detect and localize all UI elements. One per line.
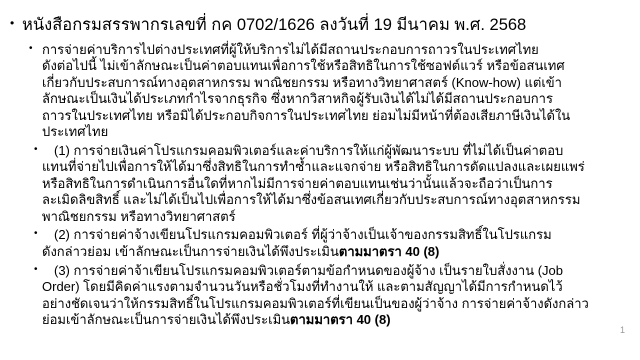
item-1-paragraph: • (1) การจ่ายเงินค่าโปรแกรมคอมพิวเตอร์แล… bbox=[0, 143, 640, 225]
statute-reference: ตามมาตรา 40 (8) bbox=[290, 312, 390, 327]
item-2-paragraph: • (2) การจ่ายค่าจ้างเขียนโปรแกรมคอมพิวเต… bbox=[0, 227, 640, 260]
text-line: อย่างชัดเจนว่าให้กรรมสิทธิ์ในโปรแกรมคอมพ… bbox=[42, 296, 640, 312]
bullet-icon: • bbox=[29, 44, 33, 54]
item-3-paragraph: • (3) การจ่ายค่าจ้าเขียนโปรแกรมคอมพิวเตอ… bbox=[0, 263, 640, 329]
page-title: หนังสือกรมสรรพากรเลขที่ กค 0702/1626 ลงว… bbox=[22, 14, 632, 36]
text-line: ลักษณะเป็นเงินได้ประเภทกำไรจากธุรกิจ ซึ่… bbox=[42, 91, 640, 107]
text-line: ถาวรในประเทศไทย หรือมิได้ประกอบกิจการในป… bbox=[42, 108, 640, 124]
text-line: ดังต่อไปนี้ ไม่เข้าลักษณะเป็นค่าตอบแทนเพ… bbox=[42, 58, 640, 74]
text-line: (1) การจ่ายเงินค่าโปรแกรมคอมพิวเตอร์และค… bbox=[42, 143, 640, 159]
page-number: 1 bbox=[620, 324, 625, 336]
text-line: Order) โดยมีคิดค่าแรงตามจำนวนวันหรือชั่ว… bbox=[42, 279, 640, 295]
intro-paragraph: • การจ่ายค่าบริการไปต่างประเทศที่ผู้ให้บ… bbox=[0, 42, 640, 140]
text-line: ละเมิดลิขสิทธิ์ และไม่ได้เป็นไปเพื่อการใ… bbox=[42, 192, 640, 208]
text-line: (3) การจ่ายค่าจ้าเขียนโปรแกรมคอมพิวเตอร์… bbox=[42, 263, 640, 279]
text-segment: ดังกล่าวย่อม เข้าลักษณะเป็นการจ่ายเงินได… bbox=[42, 244, 339, 259]
text-line: แทนที่จ่ายไปเพื่อการให้ได้มาซึ่งสิทธิในก… bbox=[42, 159, 640, 175]
slide: • หนังสือกรมสรรพากรเลขที่ กค 0702/1626 ล… bbox=[0, 0, 640, 360]
text-line: พาณิชยกรรม หรือทางวิทยาศาสตร์ bbox=[42, 209, 640, 225]
text-line: เกี่ยวกับประสบการณ์ทางอุตสาหกรรม พาณิชยก… bbox=[42, 75, 640, 91]
text-line: การจ่ายค่าบริการไปต่างประเทศที่ผู้ให้บริ… bbox=[42, 42, 640, 58]
text-line: (2) การจ่ายค่าจ้างเขียนโปรแกรมคอมพิวเตอร… bbox=[42, 227, 640, 243]
text-line: ย่อมเข้าลักษณะเป็นการจ่ายเงินได้พึงประเม… bbox=[42, 312, 640, 328]
statute-reference: ตามมาตรา 40 (8) bbox=[339, 244, 439, 259]
bullet-icon: • bbox=[34, 145, 38, 155]
slide-body: • การจ่ายค่าบริการไปต่างประเทศที่ผู้ให้บ… bbox=[0, 42, 640, 328]
bullet-icon: • bbox=[10, 17, 14, 29]
text-line: ประเทศไทย bbox=[42, 124, 640, 140]
title-row: • หนังสือกรมสรรพากรเลขที่ กค 0702/1626 ล… bbox=[0, 0, 640, 36]
text-segment: ย่อมเข้าลักษณะเป็นการจ่ายเงินได้พึงประเม… bbox=[42, 312, 290, 327]
bullet-icon: • bbox=[34, 265, 38, 275]
text-line: หรือสิทธิในการดำเนินการอื่นใดที่หากไม่มี… bbox=[42, 176, 640, 192]
bullet-icon: • bbox=[34, 229, 38, 239]
text-line: ดังกล่าวย่อม เข้าลักษณะเป็นการจ่ายเงินได… bbox=[42, 244, 640, 260]
